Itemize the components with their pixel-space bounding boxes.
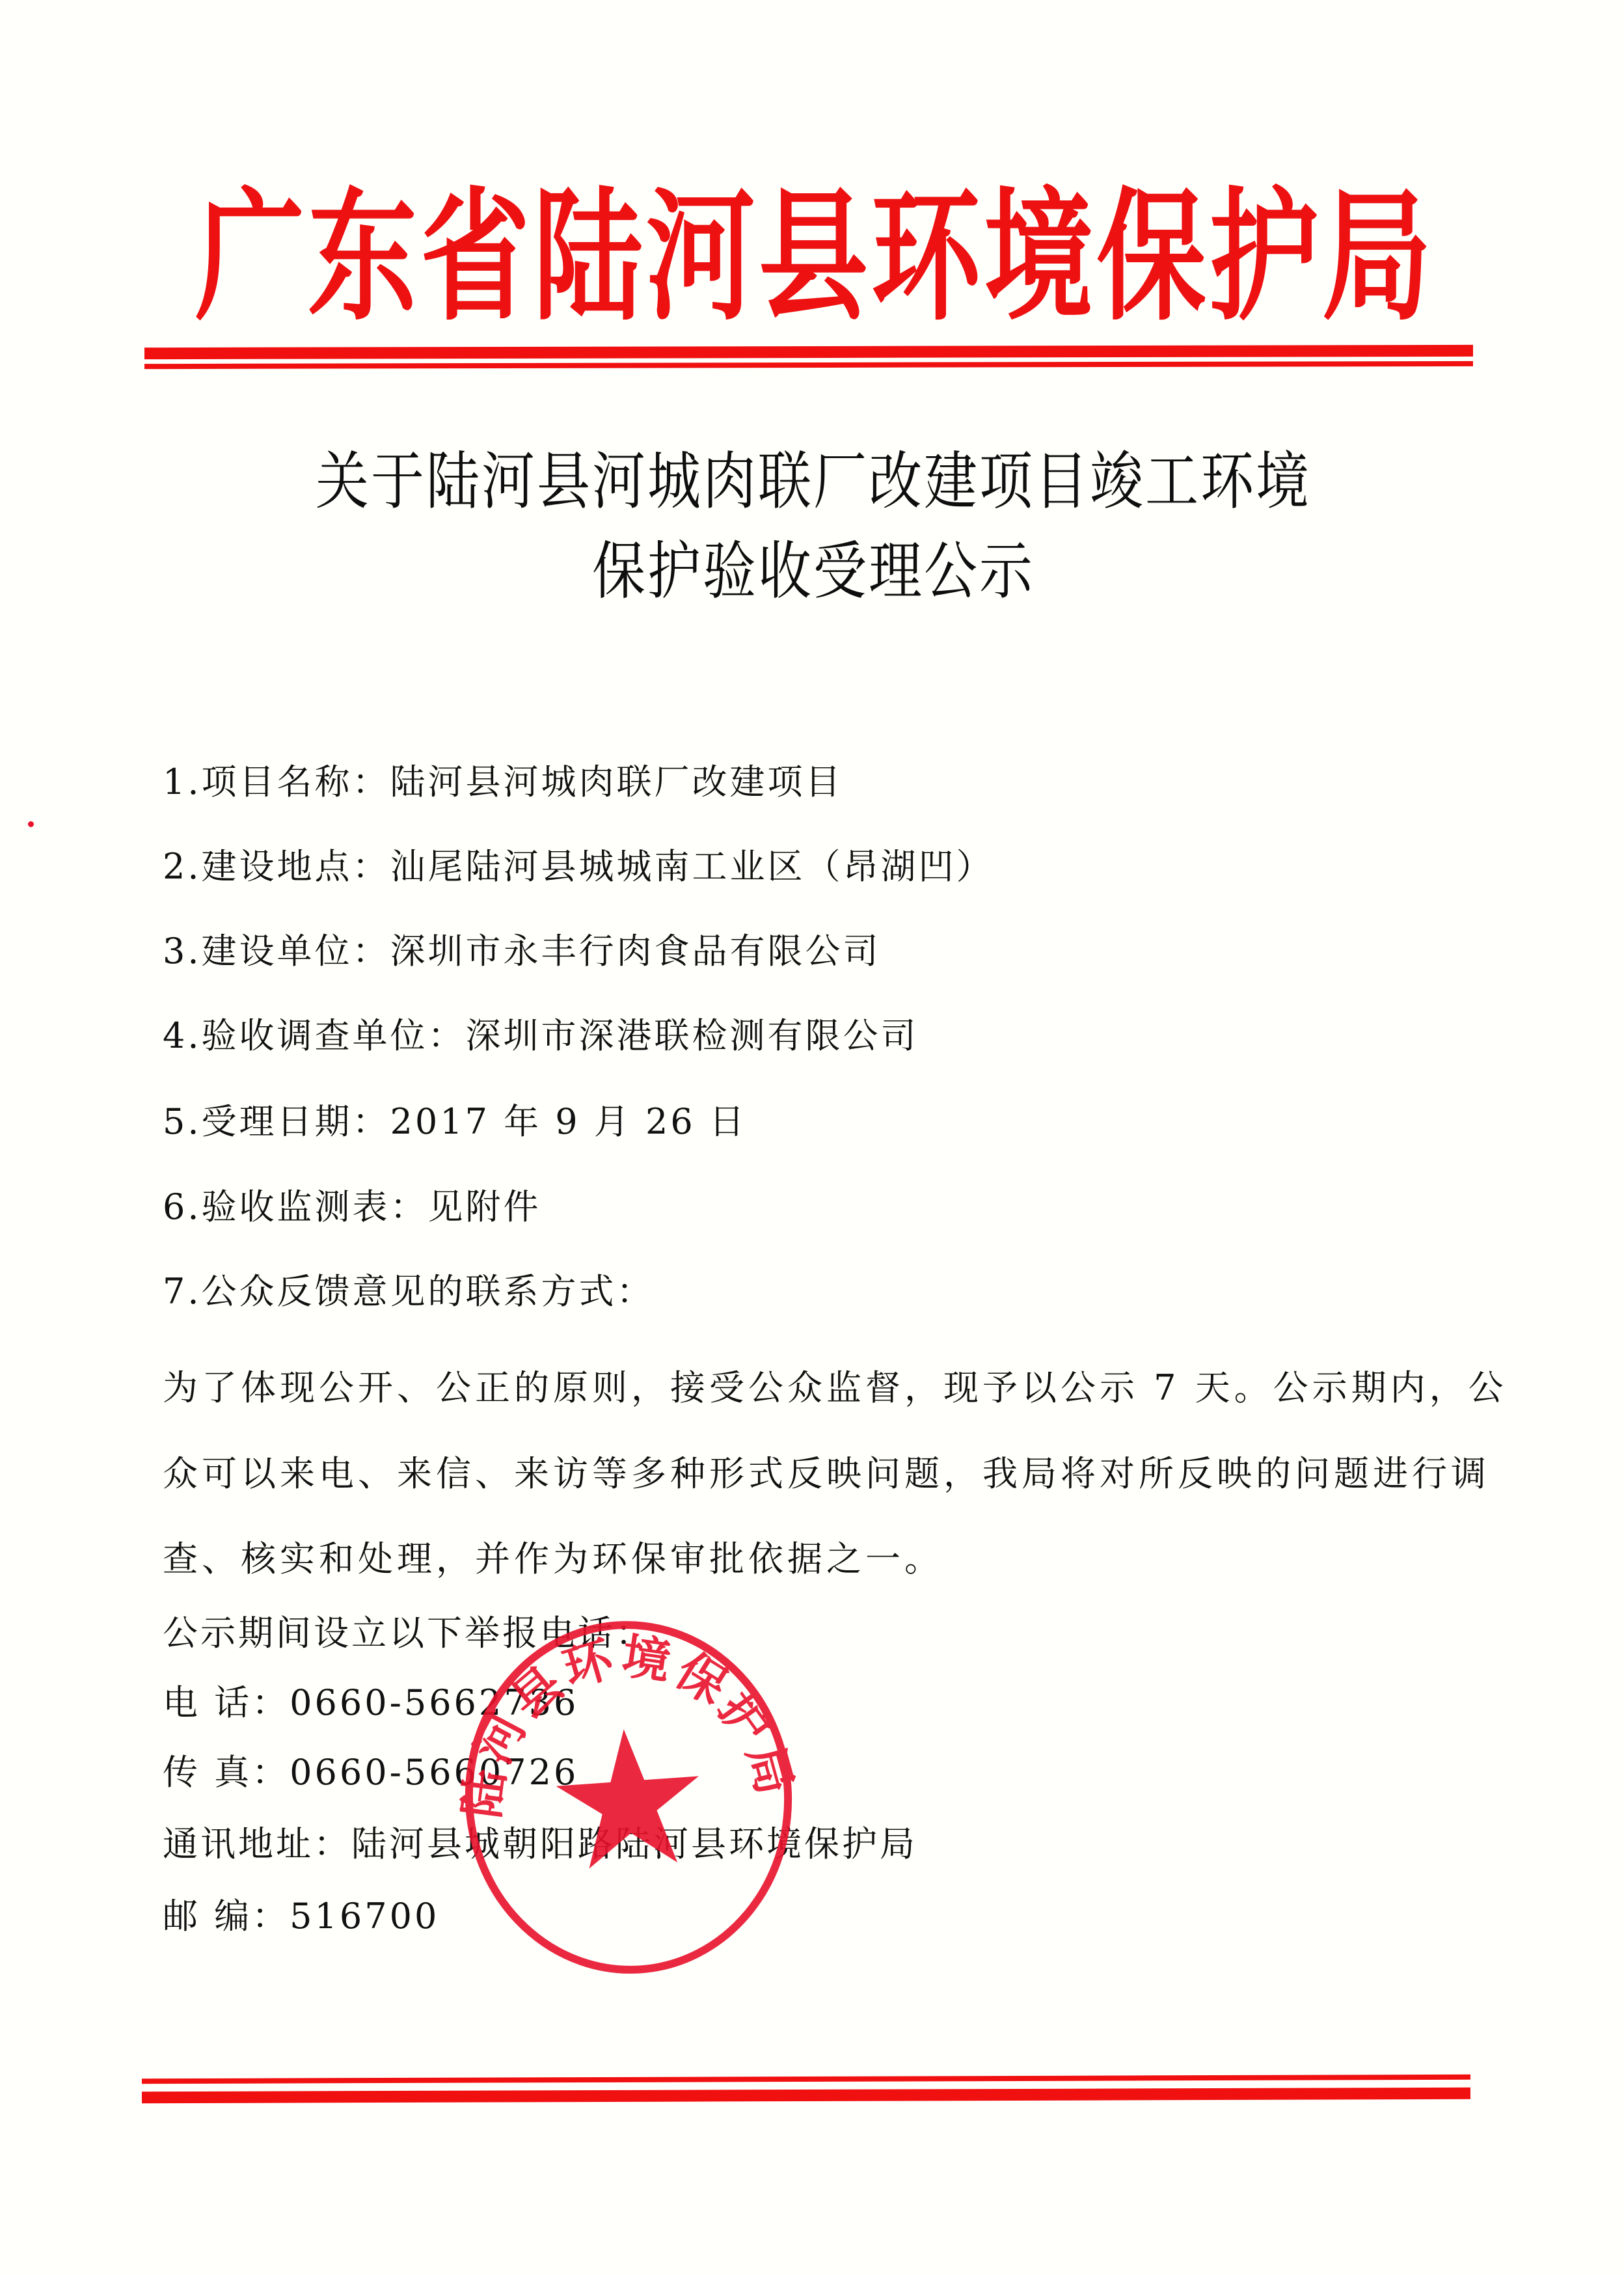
item-label: 7.公众反馈意见的联系方式：	[163, 1271, 655, 1312]
contact-postcode: 邮 编：516700	[163, 1899, 439, 1934]
item-label: 5.受理日期：	[163, 1101, 390, 1142]
official-seal-icon: 陆河县环境保护局	[447, 1604, 810, 1991]
document-title-line-1: 关于陆河县河城肉联厂改建项目竣工环境	[260, 451, 1366, 514]
contact-address: 通讯地址：陆河县城朝阳路陆河县环境保护局	[163, 1827, 917, 1862]
letterhead-title: 广 东 省 陆 河 县 环 境 保 护 局	[195, 139, 1431, 375]
phone-label: 电 话：	[163, 1682, 290, 1723]
letterhead-char: 局	[1322, 186, 1431, 328]
item-construction-unit: 3.建设单位：深圳市永丰行肉食品有限公司	[163, 934, 881, 969]
contact-fax: 传 真：0660-5660726	[163, 1755, 578, 1790]
item-label: 3.建设单位：	[163, 931, 390, 972]
notice-paragraph-line-2: 众可以来电、来信、来访等多种形式反映问题，我局将对所反映的问题进行调	[163, 1446, 1483, 1496]
letterhead-char: 东	[308, 186, 417, 328]
scan-speck	[28, 821, 34, 827]
letterhead-char: 保	[1097, 186, 1206, 328]
letterhead-char: 陆	[534, 186, 643, 328]
document-title-line-2: 保护验收受理公示	[260, 541, 1366, 604]
item-label: 4.验收调查单位：	[163, 1015, 466, 1056]
item-value: 汕尾陆河县城城南工业区（昂湖凹）	[390, 846, 994, 887]
item-survey-unit: 4.验收调查单位：深圳市深港联检测有限公司	[163, 1018, 919, 1054]
postcode-label: 邮 编：	[163, 1896, 290, 1937]
item-value: 深圳市永丰行肉食品有限公司	[390, 931, 881, 972]
item-label: 1.项目名称：	[163, 761, 390, 802]
postcode-value: 516700	[290, 1896, 439, 1937]
letterhead-char: 境	[984, 186, 1093, 328]
item-value: 深圳市深港联检测有限公司	[466, 1015, 919, 1056]
notice-paragraph-line-1: 为了体现公开、公正的原则，接受公众监督，现予以公示 7 天。公示期内，公	[163, 1360, 1483, 1410]
address-value: 陆河县城朝阳路陆河县环境保护局	[351, 1823, 917, 1864]
letterhead-char: 县	[759, 186, 868, 328]
document-page: 广 东 省 陆 河 县 环 境 保 护 局 关于陆河县河城肉联厂改建项目竣工环境…	[0, 0, 1624, 2275]
notice-paragraph-line-3: 查、核实和处理，并作为环保审批依据之一。	[163, 1531, 1483, 1581]
item-label: 2.建设地点：	[163, 846, 390, 887]
item-construction-site: 2.建设地点：汕尾陆河县城城南工业区（昂湖凹）	[163, 849, 994, 884]
letterhead-char: 河	[646, 186, 755, 328]
fax-label: 传 真：	[163, 1752, 290, 1793]
item-value: 见附件	[428, 1186, 541, 1227]
footer-divider-thin	[142, 2075, 1470, 2084]
footer-divider-thick	[142, 2088, 1470, 2103]
hotline-intro: 公示期间设立以下举报电话：	[163, 1616, 653, 1651]
letterhead-char: 护	[1210, 186, 1319, 328]
item-feedback-contact: 7.公众反馈意见的联系方式：	[163, 1274, 655, 1309]
item-value: 陆河县河城肉联厂改建项目	[390, 761, 843, 802]
item-label: 6.验收监测表：	[163, 1186, 428, 1227]
item-project-name: 1.项目名称：陆河县河城肉联厂改建项目	[163, 765, 843, 800]
letterhead-char: 省	[420, 186, 530, 328]
item-value: 2017 年 9 月 26 日	[390, 1101, 747, 1142]
address-label: 通讯地址：	[163, 1823, 351, 1864]
contact-phone: 电 话：0660-5662736	[163, 1685, 578, 1721]
phone-number: 0660-5662736	[290, 1682, 578, 1723]
letterhead-char: 广	[195, 186, 304, 328]
letterhead-char: 环	[871, 186, 981, 328]
item-acceptance-date: 5.受理日期：2017 年 9 月 26 日	[163, 1104, 747, 1139]
fax-number: 0660-5660726	[290, 1752, 578, 1793]
item-monitoring-table: 6.验收监测表：见附件	[163, 1190, 541, 1225]
